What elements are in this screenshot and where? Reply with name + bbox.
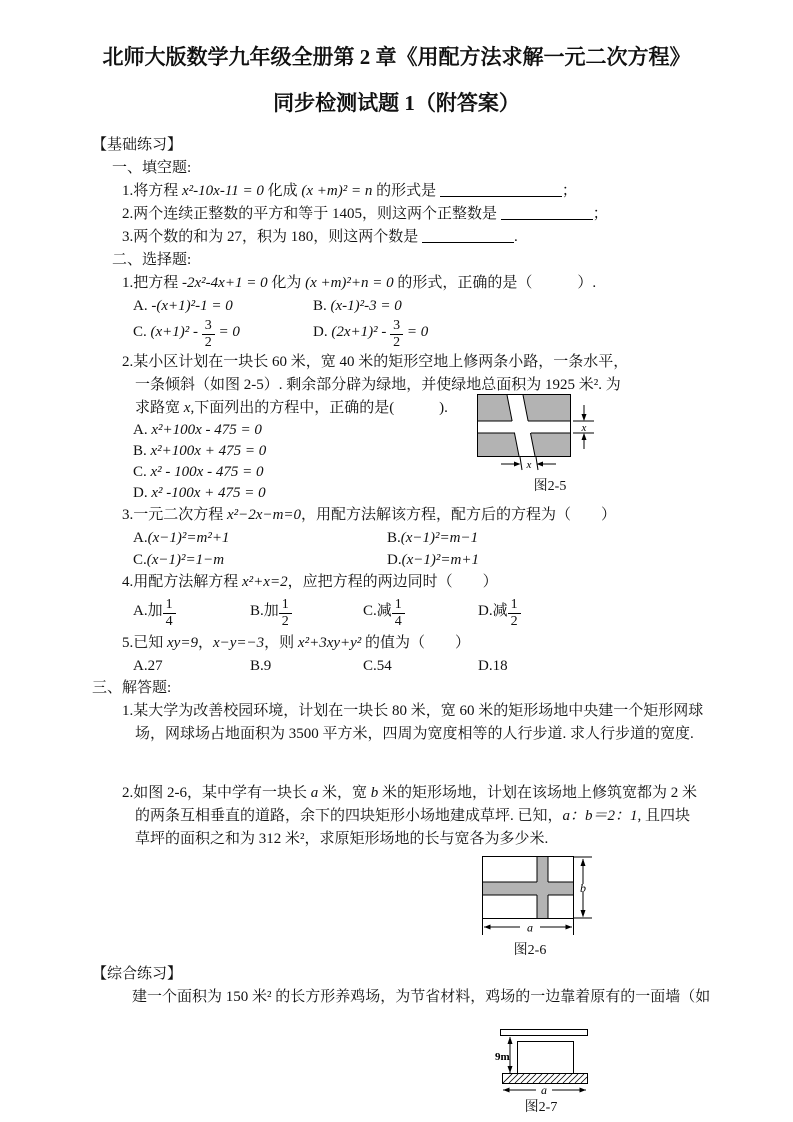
fill-item-1: 1.将方程 x²-10x-11 = 0 化成 (x +m)² = n 的形式是 … — [122, 180, 793, 203]
arrow-right-icon — [580, 1088, 587, 1093]
arrow-up-icon — [581, 859, 586, 867]
q2-option-d: D. x² -100x + 475 = 0 — [133, 483, 793, 504]
choice-q2-stem-line2: 一条倾斜（如图 2-5）. 剩余部分辟为绿地，并使绿地总面积为 1925 米².… — [135, 374, 793, 397]
option-expression: -(x+1)²-1 = 0 — [148, 298, 233, 314]
horizontal-road — [478, 421, 570, 433]
q1-stem-post: 的形式，正确的是（ ）. — [394, 275, 597, 291]
option-expression: (x−1)²=m−1 — [401, 530, 478, 546]
q5-option-d: D.18 — [478, 655, 508, 677]
sol2-l2-pre: 的两条互相垂直的道路，余下的四块矩形小场地建成草坪. 已知， — [135, 808, 563, 824]
fraction-numerator: 1 — [392, 598, 405, 614]
fill-item-1-target-form: (x +m)² = n — [301, 183, 372, 199]
option-label: D. — [133, 485, 148, 501]
option-expression: (x−1)²=m+1 — [402, 552, 479, 568]
fraction-denominator: 2 — [390, 335, 403, 350]
fraction: 14 — [392, 598, 405, 629]
fraction-denominator: 2 — [202, 335, 215, 350]
figure-2-5: x x 图2-5 — [477, 394, 602, 495]
q1-option-c: C. (x+1)² - 32 = 0 — [133, 319, 313, 350]
section-basic-practice-header: 【基础练习】 — [92, 134, 793, 157]
q3-options-row-2: C.(x−1)²=1−m D.(x−1)²=m+1 — [133, 549, 793, 571]
q2-stem-pre: 求路宽 — [135, 400, 184, 416]
solution-q2-line2: 的两条互相垂直的道路，余下的四块矩形小场地建成草坪. 已知，a：b＝2：1, 且… — [135, 805, 793, 828]
q5-stem-pre: 5.已知 — [122, 635, 167, 651]
option-expression: x²+100x + 475 = 0 — [147, 443, 266, 459]
option-label: C.减 — [363, 603, 392, 619]
q5-given-1: xy=9 — [167, 635, 198, 651]
q1-option-a: A. -(x+1)²-1 = 0 — [133, 295, 313, 317]
fill-item-3-text: 3.两个数的和为 27，积为 180，则这两个数是 — [122, 229, 422, 245]
farm-length-label: a — [541, 1083, 547, 1095]
fraction-numerator: 1 — [279, 598, 292, 614]
arrow-down-icon — [508, 1066, 513, 1073]
solution-q2-line1: 2.如图 2-6，某中学有一块长 a 米，宽 b 米的矩形场地，计划在该场地上修… — [122, 782, 793, 805]
multiple-choice-header: 二、选择题: — [112, 249, 793, 272]
worksheet-page: 北师大版数学九年级全册第 2 章《用配方法求解一元二次方程》 同步检测试题 1（… — [0, 0, 793, 1122]
q5-option-b: B.9 — [250, 655, 363, 677]
sol2-l2-post: , 且四块 — [638, 808, 691, 824]
q1-stem-equation: -2x²-4x+1 = 0 — [182, 275, 268, 291]
q4-options-row: A.加14 B.加12 C.减14 D.减12 — [133, 594, 793, 632]
chicken-farm-rect — [518, 1042, 574, 1074]
option-label: A. — [133, 298, 148, 314]
vertical-road — [537, 857, 548, 918]
fill-item-2-text: 2.两个连续正整数的平方和等于 1405，则这两个正整数是 — [122, 206, 501, 222]
fraction-numerator: 3 — [202, 319, 215, 335]
q3-stem-pre: 3.一元二次方程 — [122, 507, 227, 523]
fraction: 12 — [508, 598, 521, 629]
fraction: 32 — [390, 319, 403, 350]
ratio-expression: a：b＝2：1 — [563, 808, 638, 824]
section-comprehensive-header: 【综合练习】 — [92, 963, 793, 986]
option-expression: (x−1)²=m²+1 — [148, 530, 230, 546]
arrow-down-icon — [581, 910, 586, 918]
solution-q1-line2: 场，网球场占地面积为 3500 平方米，四周为宽度相等的人行步道. 求人行步道的… — [135, 723, 793, 746]
arrow-right-icon — [566, 925, 573, 930]
answer-blank-line — [422, 228, 514, 243]
figure-2-5-drawing: x x — [477, 394, 602, 474]
q4-option-a: A.加14 — [133, 598, 250, 629]
fraction-denominator: 4 — [163, 614, 176, 629]
fraction-numerator: 3 — [390, 319, 403, 335]
figure-2-6-caption: 图2-6 — [482, 943, 578, 959]
q5-sep: ， — [198, 635, 213, 651]
sol2-post: 米的矩形场地，计划在该场地上修筑宽都为 2 米 — [378, 785, 697, 801]
fill-item-2: 2.两个连续正整数的平方和等于 1405，则这两个正整数是 ； — [122, 203, 793, 226]
q4-option-c: C.减14 — [363, 598, 478, 629]
field-length-label: a — [527, 921, 533, 935]
q3-option-a: A.(x−1)²=m²+1 — [133, 527, 387, 549]
q1-options-row-1: A. -(x+1)²-1 = 0 B. (x-1)²-3 = 0 — [133, 295, 793, 317]
arrow-left-icon — [503, 1088, 510, 1093]
arrow-down-icon — [582, 414, 587, 421]
figure-2-7: 9m a 图2-7 — [495, 1027, 630, 1116]
q3-stem-equation: x²−2x−m=0 — [227, 507, 301, 523]
figure-2-7-drawing: 9m a — [495, 1027, 630, 1095]
q4-option-d: D.减12 — [478, 598, 521, 629]
road-width-label: x — [581, 422, 587, 434]
option-label: A. — [133, 422, 148, 438]
option-label: B. — [313, 298, 327, 314]
document-title-line2: 同步检测试题 1（附答案） — [0, 88, 793, 118]
q1-stem-pre: 1.把方程 — [122, 275, 182, 291]
horizontal-road — [483, 882, 573, 895]
comprehensive-problem-text: 建一个面积为 150 米² 的长方形养鸡场，为节省材料，鸡场的一边靠着原有的一面… — [132, 986, 793, 1009]
q2-stem-post: ,下面列出的方程中，正确的是( ). — [190, 400, 448, 416]
option-label: C. — [133, 552, 147, 568]
option-label: A. — [133, 530, 148, 546]
fill-item-2-tail: ； — [593, 206, 608, 222]
option-label: B. — [133, 443, 147, 459]
fraction: 14 — [163, 598, 176, 629]
choice-q2-stem-line3: 求路宽 x,下面列出的方程中，正确的是( ). — [135, 397, 793, 420]
q5-stem-post: 的值为（ ） — [361, 635, 470, 651]
answer-blank-line — [501, 205, 593, 220]
road-width-bottom-label: x — [526, 459, 532, 471]
fraction: 12 — [279, 598, 292, 629]
q1-stem-target-form: (x +m)²+n = 0 — [305, 275, 394, 291]
solution-q1-line1: 1.某大学为改善校园环境，计划在一块长 80 米，宽 60 米的矩形场地中央建一… — [122, 700, 793, 723]
q3-option-d: D.(x−1)²=m+1 — [387, 549, 479, 571]
sol2-mid: 米，宽 — [318, 785, 371, 801]
q5-target-expression: x²+3xy+y² — [298, 635, 361, 651]
option-expression: (2x+1)² - — [328, 324, 391, 340]
choice-q5-stem: 5.已知 xy=9，x−y=−3，则 x²+3xy+y² 的值为（ ） — [122, 632, 793, 655]
fence-bar — [501, 1030, 588, 1036]
field-width-label: b — [580, 881, 586, 895]
wall-strip — [503, 1074, 588, 1084]
option-label: B.加 — [250, 603, 279, 619]
document-title-line1: 北师大版数学九年级全册第 2 章《用配方法求解一元二次方程》 — [0, 0, 793, 72]
fill-item-1-mid: 化成 — [264, 183, 302, 199]
option-label: B. — [387, 530, 401, 546]
fill-in-blank-header: 一、填空题: — [112, 157, 793, 180]
q3-option-c: C.(x−1)²=1−m — [133, 549, 387, 571]
q1-option-d: D. (2x+1)² - 32 = 0 — [313, 319, 428, 350]
height-label: 9m — [495, 1051, 510, 1063]
choice-q2-stem-line1: 2.某小区计划在一块长 60 米，宽 40 米的矩形空地上修两条小路，一条水平， — [122, 351, 793, 374]
fill-item-1-tail: ； — [562, 183, 577, 199]
figure-2-6: b a 图2-6 — [482, 856, 617, 959]
figure-2-5-caption: 图2-5 — [507, 479, 593, 495]
choice-q4-stem: 4.用配方法解方程 x²+x=2，应把方程的两边同时（ ） — [122, 571, 793, 594]
q5-given-2: x−y=−3 — [213, 635, 264, 651]
option-expression-tail: = 0 — [215, 324, 240, 340]
arrow-right-icon — [514, 462, 521, 467]
q5-options-row: A.27 B.9 C.54 D.18 — [133, 655, 793, 677]
fill-item-1-post: 的形式是 — [372, 183, 440, 199]
fill-item-1-equation: x²-10x-11 = 0 — [182, 183, 264, 199]
q3-stem-post: ，用配方法解该方程，配方后的方程为（ ） — [301, 507, 616, 523]
option-expression: x² -100x + 475 = 0 — [148, 485, 266, 501]
choice-q1-stem: 1.把方程 -2x²-4x+1 = 0 化为 (x +m)²+n = 0 的形式… — [122, 272, 793, 295]
figure-2-7-caption: 图2-7 — [495, 1100, 587, 1116]
option-label: D. — [387, 552, 402, 568]
figure-2-6-drawing: b a — [482, 856, 617, 938]
option-label: D.减 — [478, 603, 508, 619]
q2-option-a: A. x²+100x - 475 = 0 — [133, 420, 793, 441]
fraction-denominator: 2 — [508, 614, 521, 629]
solution-section-header: 三、解答题: — [92, 677, 793, 700]
option-expression: (x+1)² - — [147, 324, 202, 340]
choice-q3-stem: 3.一元二次方程 x²−2x−m=0，用配方法解该方程，配方后的方程为（ ） — [122, 504, 793, 527]
arrow-up-icon — [582, 433, 587, 440]
q2-option-b: B. x²+100x + 475 = 0 — [133, 441, 793, 462]
fraction: 32 — [202, 319, 215, 350]
option-expression-tail: = 0 — [403, 324, 428, 340]
q3-option-b: B.(x−1)²=m−1 — [387, 527, 478, 549]
sol2-pre: 2.如图 2-6，某中学有一块长 — [122, 785, 311, 801]
q4-stem-pre: 4.用配方法解方程 — [122, 574, 242, 590]
fill-item-3: 3.两个数的和为 27，积为 180，则这两个数是 . — [122, 226, 793, 249]
q5-mid: ，则 — [264, 635, 298, 651]
fill-item-1-text: 1.将方程 — [122, 183, 182, 199]
fraction-numerator: 1 — [508, 598, 521, 614]
option-label: C. — [133, 464, 147, 480]
q5-option-a: A.27 — [133, 655, 250, 677]
answer-blank-line — [440, 182, 562, 197]
option-expression: x² - 100x - 475 = 0 — [147, 464, 264, 480]
q4-stem-equation: x²+x=2 — [242, 574, 288, 590]
arrow-up-icon — [508, 1037, 513, 1045]
solution-q2-line3: 草坪的面积之和为 312 米²，求原矩形场地的长与宽各为多少米. — [135, 828, 793, 851]
option-label: C. — [133, 324, 147, 340]
arrow-left-icon — [484, 925, 491, 930]
q4-option-b: B.加12 — [250, 598, 363, 629]
option-expression: (x-1)²-3 = 0 — [327, 298, 402, 314]
fill-item-3-tail: . — [514, 229, 518, 245]
option-expression: x²+100x - 475 = 0 — [148, 422, 262, 438]
option-label: D. — [313, 324, 328, 340]
fraction-numerator: 1 — [163, 598, 176, 614]
q5-option-c: C.54 — [363, 655, 478, 677]
q4-stem-post: ，应把方程的两边同时（ ） — [288, 574, 498, 590]
q1-options-row-2: C. (x+1)² - 32 = 0 D. (2x+1)² - 32 = 0 — [133, 317, 793, 351]
fraction-denominator: 2 — [279, 614, 292, 629]
q2-option-c: C. x² - 100x - 475 = 0 — [133, 462, 793, 483]
option-label: A.加 — [133, 603, 163, 619]
q1-stem-mid: 化为 — [268, 275, 306, 291]
option-expression: (x−1)²=1−m — [147, 552, 224, 568]
q1-option-b: B. (x-1)²-3 = 0 — [313, 295, 402, 317]
fraction-denominator: 4 — [392, 614, 405, 629]
q3-options-row-1: A.(x−1)²=m²+1 B.(x−1)²=m−1 — [133, 527, 793, 549]
